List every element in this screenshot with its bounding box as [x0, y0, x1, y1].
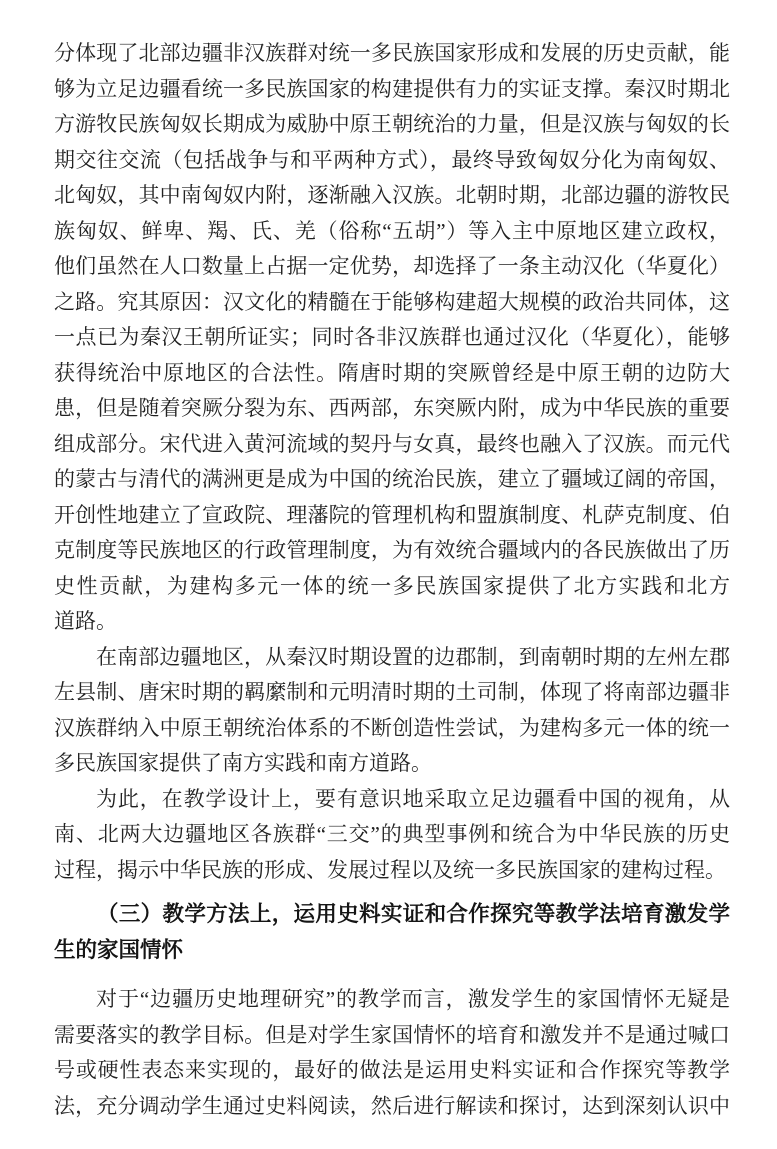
text-line: 族匈奴、鲜卑、羯、氏、羌（俗称“五胡”）等入主中原地区建立政权， — [54, 214, 730, 250]
document-body: 分体现了北部边疆非汉族群对统一多民族国家形成和发展的历史贡献，能够为立足边疆看统… — [0, 0, 777, 1124]
text-line: 需要落实的教学目标。但是对学生家国情怀的培育和激发并不是通过喊口 — [54, 1018, 730, 1054]
text-line: 过程，揭示中华民族的形成、发展过程以及统一多民族国家的建构过程。 — [54, 853, 730, 889]
text-line: 汉族群纳入中原王朝统治体系的不断创造性尝试，为建构多元一体的统一 — [54, 711, 730, 747]
text-line: 获得统治中原地区的合法性。隋唐时期的突厥曾经是中原王朝的边防大 — [54, 356, 730, 392]
paragraph-teaching-method: 对于“边疆历史地理研究”的教学而言，激发学生的家国情怀无疑是需要落实的教学目标。… — [54, 982, 730, 1124]
text-line: 组成部分。宋代进入黄河流域的契丹与女真，最终也融入了汉族。而元代 — [54, 427, 730, 463]
text-line: 道路。 — [54, 604, 730, 640]
paragraph-teaching-design: 为此，在教学设计上，要有意识地采取立足边疆看中国的视角，从南、北两大边疆地区各族… — [54, 782, 730, 889]
text-line: 北匈奴，其中南匈奴内附，逐渐融入汉族。北朝时期，北部边疆的游牧民 — [54, 178, 730, 214]
text-line: 克制度等民族地区的行政管理制度，为有效统合疆域内的各民族做出了历 — [54, 533, 730, 569]
text-line: 分体现了北部边疆非汉族群对统一多民族国家形成和发展的历史贡献，能 — [54, 36, 730, 72]
text-line: 之路。究其原因：汉文化的精髓在于能够构建超大规模的政治共同体，这 — [54, 285, 730, 321]
text-line: 左县制、唐宋时期的羁縻制和元明清时期的土司制，体现了将南部边疆非 — [54, 675, 730, 711]
text-line: （三）教学方法上，运用史料实证和合作探究等教学法培育激发学 — [54, 897, 730, 933]
text-line: 多民族国家提供了南方实践和南方道路。 — [54, 746, 730, 782]
paragraph-south-frontier: 在南部边疆地区，从秦汉时期设置的边郡制，到南朝时期的左州左郡左县制、唐宋时期的羁… — [54, 640, 730, 782]
text-line: 生的家国情怀 — [54, 933, 730, 969]
text-line: 南、北两大边疆地区各族群“三交”的典型事例和统合为中华民族的历史 — [54, 817, 730, 853]
page-root: 分体现了北部边疆非汉族群对统一多民族国家形成和发展的历史贡献，能够为立足边疆看统… — [0, 0, 777, 1149]
text-line: 在南部边疆地区，从秦汉时期设置的边郡制，到南朝时期的左州左郡 — [54, 640, 730, 676]
text-line: 够为立足边疆看统一多民族国家的构建提供有力的实证支撑。秦汉时期北 — [54, 72, 730, 108]
text-line: 的蒙古与清代的满洲更是成为中国的统治民族，建立了疆域辽阔的帝国， — [54, 462, 730, 498]
text-line: 史性贡献，为建构多元一体的统一多民族国家提供了北方实践和北方 — [54, 569, 730, 605]
text-line: 一点已为秦汉王朝所证实；同时各非汉族群也通过汉化（华夏化），能够 — [54, 320, 730, 356]
text-line: 开创性地建立了宣政院、理藩院的管理机构和盟旗制度、札萨克制度、伯 — [54, 498, 730, 534]
paragraph-north-frontier: 分体现了北部边疆非汉族群对统一多民族国家形成和发展的历史贡献，能够为立足边疆看统… — [54, 36, 730, 640]
text-line: 号或硬性表态来实现的，最好的做法是运用史料实证和合作探究等教学 — [54, 1053, 730, 1089]
text-line: 法，充分调动学生通过史料阅读，然后进行解读和探讨，达到深刻认识中 — [54, 1089, 730, 1125]
text-line: 患，但是随着突厥分裂为东、西两部，东突厥内附，成为中华民族的重要 — [54, 391, 730, 427]
text-line: 方游牧民族匈奴长期成为威胁中原王朝统治的力量，但是汉族与匈奴的长 — [54, 107, 730, 143]
section-heading: （三）教学方法上，运用史料实证和合作探究等教学法培育激发学生的家国情怀 — [54, 897, 730, 968]
text-line: 期交往交流（包括战争与和平两种方式），最终导致匈奴分化为南匈奴、 — [54, 143, 730, 179]
text-line: 为此，在教学设计上，要有意识地采取立足边疆看中国的视角，从 — [54, 782, 730, 818]
text-line: 他们虽然在人口数量上占据一定优势，却选择了一条主动汉化（华夏化） — [54, 249, 730, 285]
text-line: 对于“边疆历史地理研究”的教学而言，激发学生的家国情怀无疑是 — [54, 982, 730, 1018]
